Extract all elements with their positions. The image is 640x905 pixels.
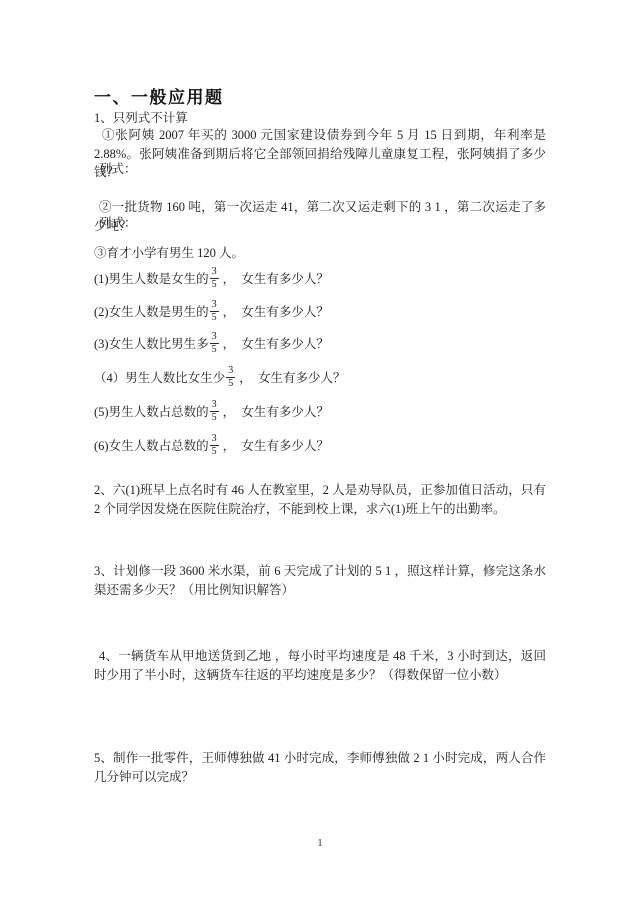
fraction-denominator: 5 xyxy=(212,344,217,356)
problem-3-text: 3、计划修一段 3600 米水渠，前 6 天完成了计划的 5 1 ，照这样计算，… xyxy=(94,562,546,599)
problem-1-3-sub-5: (5)男生人数占总数的 3 5 ， 女生有多少人？ xyxy=(94,395,546,427)
fraction-denominator: 5 xyxy=(212,312,217,324)
sub-6-prefix: (6)女生人数占总数的 xyxy=(94,436,209,454)
sub-3-suffix: ， 女生有多少人？ xyxy=(223,334,329,352)
problem-1-3-sub-3: (3)女生人数比男生多 3 5 ， 女生有多少人？ xyxy=(94,327,546,359)
fraction-denominator: 5 xyxy=(212,412,217,424)
problem-5-text: 5、制作一批零件，王师傅独做 41 小时完成，李师傅独做 2 1 小时完成，两人… xyxy=(94,749,546,786)
fraction-3-5: 3 5 xyxy=(210,299,219,323)
sub-4-suffix: ， 女生有多少人？ xyxy=(239,368,345,386)
fraction-3-5: 3 5 xyxy=(210,433,219,457)
fraction-numerator: 3 xyxy=(210,433,219,446)
fraction-denominator: 5 xyxy=(228,378,233,390)
fraction-numerator: 3 xyxy=(226,365,235,378)
sub-1-prefix: (1)男生人数是女生的 xyxy=(94,269,209,287)
sub-2-prefix: (2)女生人数是男生的 xyxy=(94,302,209,320)
document-page: 一、一般应用题 1、只列式不计算 ①张阿姨 2007 年买的 3000 元国家建… xyxy=(0,0,640,905)
sub-5-prefix: (5)男生人数占总数的 xyxy=(94,402,209,420)
fraction-3-5: 3 5 xyxy=(210,266,219,290)
fraction-numerator: 3 xyxy=(210,331,219,344)
fraction-3-5: 3 5 xyxy=(226,365,235,389)
problem-1-1-lieshi-label: 列式： xyxy=(99,162,551,177)
page-number: 1 xyxy=(0,837,640,849)
sub-5-suffix: ， 女生有多少人？ xyxy=(223,402,329,420)
fraction-3-5: 3 5 xyxy=(210,331,219,355)
sub-4-prefix: （4）男生人数比女生少 xyxy=(94,368,225,386)
problem-2-text: 2、六(1)班早上点名时有 46 人在教室里，2 人是劝导队员，正参加值日活动，… xyxy=(94,481,546,518)
sub-6-suffix: ， 女生有多少人？ xyxy=(223,436,329,454)
sub-2-suffix: ， 女生有多少人？ xyxy=(223,302,329,320)
fraction-numerator: 3 xyxy=(210,266,219,279)
problem-1-3-sub-1: (1)男生人数是女生的 3 5 ， 女生有多少人？ xyxy=(94,262,546,294)
problem-1-heading: 1、只列式不计算 xyxy=(94,111,546,126)
fraction-numerator: 3 xyxy=(210,299,219,312)
problem-1-2-lieshi-label: 列式： xyxy=(99,216,551,231)
sub-3-prefix: (3)女生人数比男生多 xyxy=(94,334,209,352)
problem-1-3-sub-6: (6)女生人数占总数的 3 5 ， 女生有多少人？ xyxy=(94,429,546,461)
page-title: 一、一般应用题 xyxy=(94,83,546,108)
problem-1-3-sub-4: （4）男生人数比女生少 3 5 ， 女生有多少人？ xyxy=(94,361,546,393)
problem-4-text: 4、一辆货车从甲地送货到乙地 ，每小时平均速度是 48 千米，3 小时到达，返回… xyxy=(94,647,546,684)
sub-1-suffix: ， 女生有多少人？ xyxy=(223,269,329,287)
fraction-numerator: 3 xyxy=(210,399,219,412)
fraction-denominator: 5 xyxy=(212,446,217,458)
problem-1-3-intro: ③育才小学有男生 120 人。 xyxy=(94,246,546,261)
fraction-denominator: 5 xyxy=(212,279,217,291)
fraction-3-5: 3 5 xyxy=(210,399,219,423)
problem-1-3-sub-2: (2)女生人数是男生的 3 5 ， 女生有多少人？ xyxy=(94,295,546,327)
